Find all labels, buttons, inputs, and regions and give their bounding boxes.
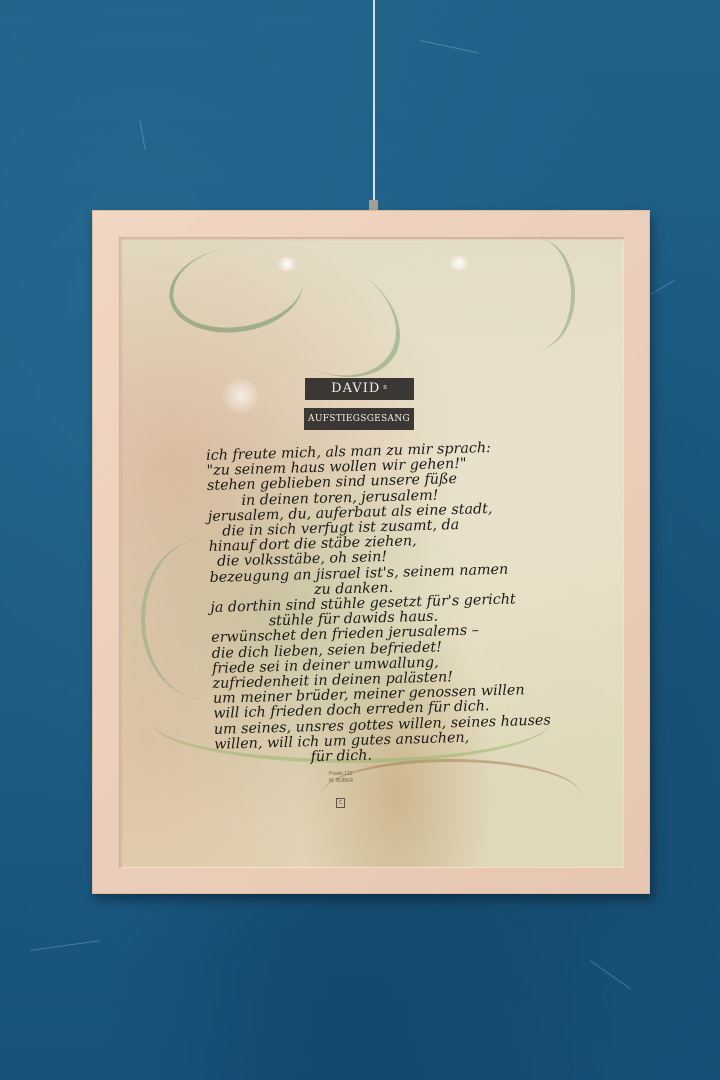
- credit-psalm: Psalm 122: [329, 771, 353, 778]
- glass-reflection: [276, 257, 298, 271]
- wall-scratch: [590, 960, 632, 989]
- artwork-paper: DAVIDs AUFSTIEGSGESANG ich freute mich, …: [121, 239, 623, 867]
- poem-text: ich freute mich, als man zu mir sprach: …: [206, 440, 555, 769]
- title-text: DAVID: [331, 381, 380, 396]
- pastel-swirl: [321, 759, 581, 832]
- subtitle-label: AUFSTIEGSGESANG: [304, 408, 414, 430]
- wall-scratch: [140, 120, 146, 150]
- subtitle-text: AUFSTIEGSGESANG: [308, 414, 410, 424]
- hanging-wire: [373, 0, 375, 205]
- wall-scratch: [420, 40, 479, 53]
- credit: Psalm 122 M. BUBER: [329, 771, 353, 785]
- credit-translator: M. BUBER: [329, 778, 353, 785]
- pastel-swirl: [501, 239, 575, 349]
- glass-reflection: [221, 379, 261, 413]
- wall-scratch: [30, 940, 99, 951]
- artist-mark: C: [336, 798, 345, 808]
- title-suffix: s: [383, 383, 388, 391]
- glass-reflection: [448, 256, 470, 270]
- title-label: DAVIDs: [305, 378, 414, 400]
